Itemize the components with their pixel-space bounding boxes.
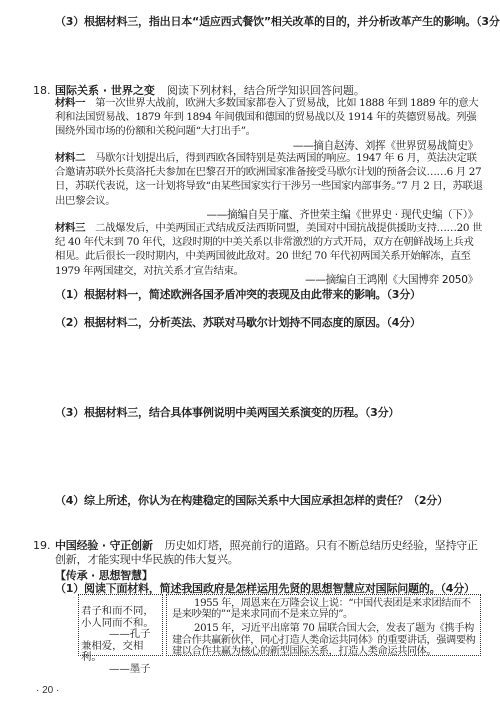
q19-number: 19. (33, 539, 55, 567)
q18-material-3: 材料三二战爆发后，中美两国正式结成反法西斯同盟，美国对中国抗战提供援助支持……2… (55, 221, 483, 278)
q19-body: 中国经验 · 守正创新历史如灯塔，照亮前行的道路。只有不断总结历史经验，坚持守正… (55, 539, 483, 567)
q18-material-2: 材料二马歇尔计划提出后，得到西欧各国特别是英法两国的响应。1947 年 6 月，… (55, 151, 483, 208)
quotes-box-left: 君子和而不同， 小人同而不和。 ——孔子 兼相爱，交相利。 ——墨子 (78, 594, 163, 656)
confucius-attribution: ——孔子 (81, 629, 160, 641)
question-19: 19. 中国经验 · 守正创新历史如灯塔，照亮前行的道路。只有不断总结历史经验，… (33, 539, 483, 567)
confucius-quote-line1: 君子和而不同， (81, 606, 160, 618)
q18-material-1: 材料一第一次世界大战前，欧洲大多数国家都卷入了贸易战，比如 1888 年到 18… (55, 96, 483, 139)
mozi-quote: 兼相爱，交相利。 (81, 641, 160, 664)
page-number: · 20 · (36, 685, 59, 696)
quotes-box-right: 1955 年，周恩来在万隆会议上说：“中国代表团是来求团结而不是来吵架的”“是来… (166, 594, 481, 656)
q18-sub2-prompt: （2）根据材料二，分析英法、苏联对马歇尔计划持不同态度的原因。（4分） (55, 314, 421, 330)
q19-header: 19. 中国经验 · 守正创新历史如灯塔，照亮前行的道路。只有不断总结历史经验，… (33, 539, 483, 567)
q17-sub3-prompt: （3）根据材料三，指出日本“适应西式餐饮”相关改革的目的，并分析改革产生的影响。… (55, 13, 500, 29)
material-1-text: 第一次世界大战前，欧洲大多数国家都卷入了贸易战，比如 1888 年到 1889 … (55, 97, 478, 137)
material-2-source: ——摘编自吴于廑、齐世荣主编《世界史 · 现代史编（下）》 (206, 207, 478, 222)
q18-number: 18. (33, 84, 55, 97)
q19-theme: 中国经验 · 守正创新 (55, 539, 153, 552)
zhou-enlai-paragraph: 1955 年，周恩来在万隆会议上说：“中国代表团是来求团结而不是来吵架的”“是来… (172, 598, 476, 620)
material-2-label: 材料二 (55, 152, 85, 164)
q18-sub1-prompt: （1）根据材料一，简述欧洲各国矛盾冲突的表现及由此带来的影响。（3分） (55, 286, 421, 302)
material-2-text: 马歇尔计划提出后，得到西欧各国特别是英法两国的响应。1947 年 6 月，英法决… (55, 152, 483, 207)
mozi-attribution: ——墨子 (81, 664, 160, 676)
material-3-label: 材料三 (55, 222, 85, 234)
xi-jinping-paragraph: 2015 年，习近平出席第 70 届联合国大会，发表了题为《携手构建合作共赢新伙… (172, 623, 476, 657)
material-3-text: 二战爆发后，中美两国正式结成反法西斯同盟，美国对中国抗战提供援助支持……20 世… (55, 222, 482, 277)
q18-sub3-prompt: （3）根据材料三，结合具体事例说明中美两国关系演变的历程。（3分） (55, 404, 399, 420)
q18-sub4-prompt: （4）综上所述，你认为在构建稳定的国际关系中大国应承担怎样的责任？（2分） (55, 492, 448, 508)
material-3-source: ——摘编自王鸿刚《大国博弈 2050》 (305, 272, 478, 287)
material-1-label: 材料一 (55, 97, 85, 109)
